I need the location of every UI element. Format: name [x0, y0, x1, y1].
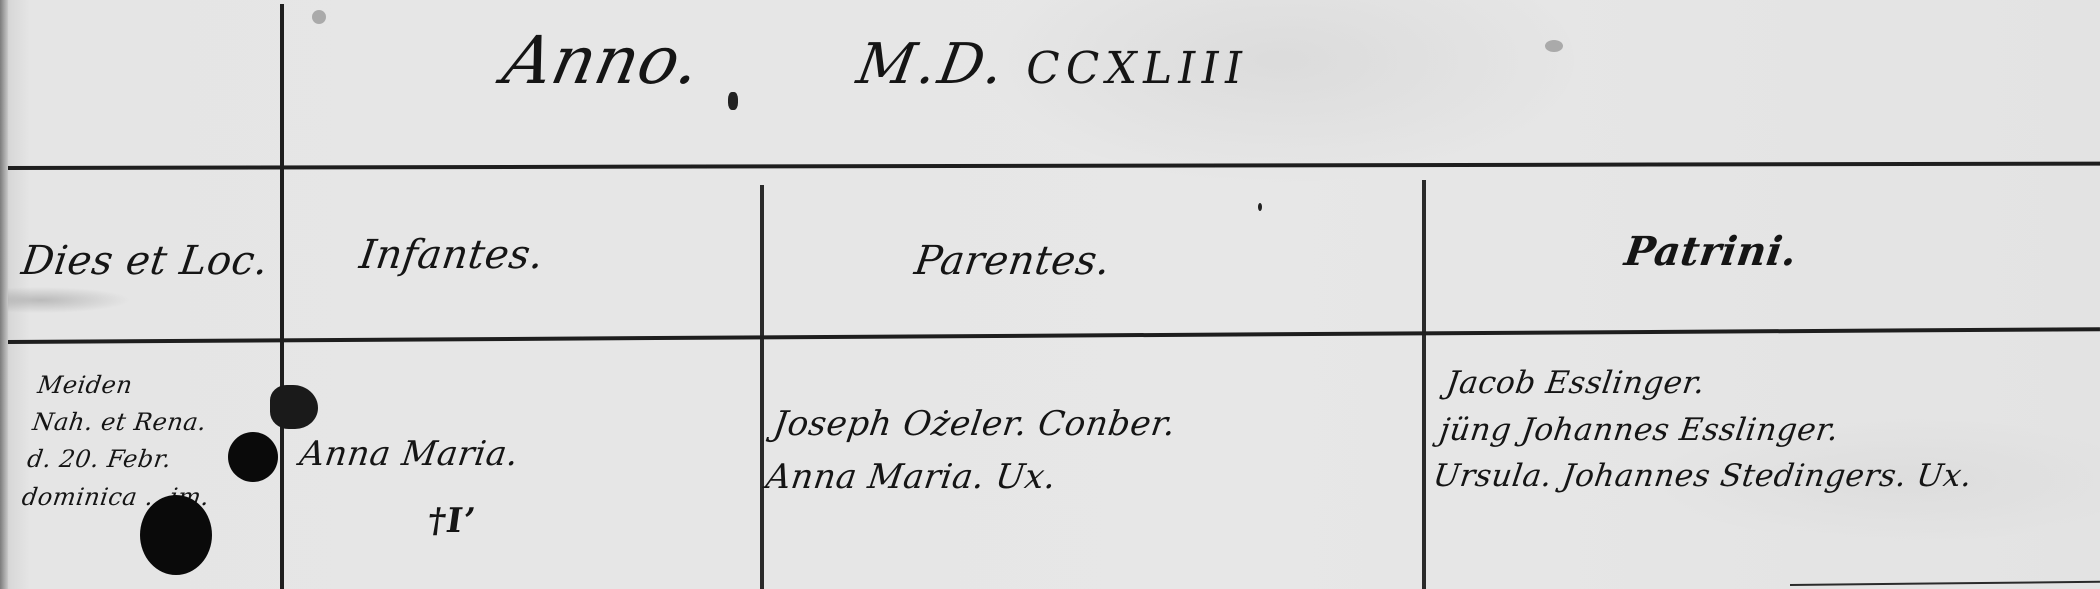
entry-parents: Joseph Ożeler. Conber. Anna Maria. Ux. — [763, 398, 1180, 503]
godparent-line: jüng Johannes Esslinger. — [1437, 407, 1982, 454]
horizontal-rule-under-headers — [8, 327, 2100, 344]
vertical-rule-date-column — [280, 4, 284, 589]
date-place-line: Meiden — [35, 367, 227, 404]
title-year-roman: CCXLIII — [1021, 43, 1252, 94]
godparent-line: Ursula. Johannes Stedingers. Ux. — [1430, 453, 1975, 500]
title-anno: Anno. — [497, 22, 708, 99]
paper-speck — [1258, 203, 1262, 211]
entry-godparents: Jacob Esslinger. jüng Johannes Esslinger… — [1430, 360, 1988, 500]
title-year-prefix: M.D. — [852, 32, 1011, 97]
paper-speck — [728, 92, 738, 110]
ink-blot-medium — [228, 432, 278, 482]
column-header-parentes: Parentes. — [912, 238, 1113, 284]
mother-line: Anna Maria. Ux. — [763, 451, 1172, 504]
godparent-line: Jacob Esslinger. — [1443, 360, 1988, 407]
ink-blot-small — [270, 385, 318, 429]
column-header-infantes: Infantes. — [357, 232, 547, 278]
ink-blot-large — [140, 495, 212, 575]
vertical-rule-infantes-parentes — [760, 185, 764, 589]
register-page: Anno. M.D. CCXLIII Dies et Loc. Infantes… — [0, 0, 2100, 589]
paper-speck — [312, 10, 326, 24]
entry-date-place: Meiden Nah. et Rena. d. 20. Febr. domini… — [20, 367, 228, 516]
horizontal-rule-bottom-partial — [1790, 581, 2100, 586]
date-place-line: d. 20. Febr. — [25, 441, 217, 478]
column-header-dies: Dies et Loc. — [19, 238, 271, 284]
page-binding-edge — [0, 0, 8, 589]
date-place-line: Nah. et Rena. — [30, 404, 222, 441]
horizontal-rule-under-title — [8, 162, 2100, 170]
paper-speck — [1545, 40, 1563, 52]
infant-name: Anna Maria. — [297, 430, 522, 479]
vertical-rule-parentes-patrini — [1422, 180, 1426, 589]
title-year: M.D. CCXLIII — [852, 32, 1254, 97]
column-header-patrini: Patrini. — [1622, 228, 1800, 275]
deceased-cross-mark: †I’ — [425, 497, 479, 546]
father-line: Joseph Ożeler. Conber. — [770, 398, 1179, 451]
